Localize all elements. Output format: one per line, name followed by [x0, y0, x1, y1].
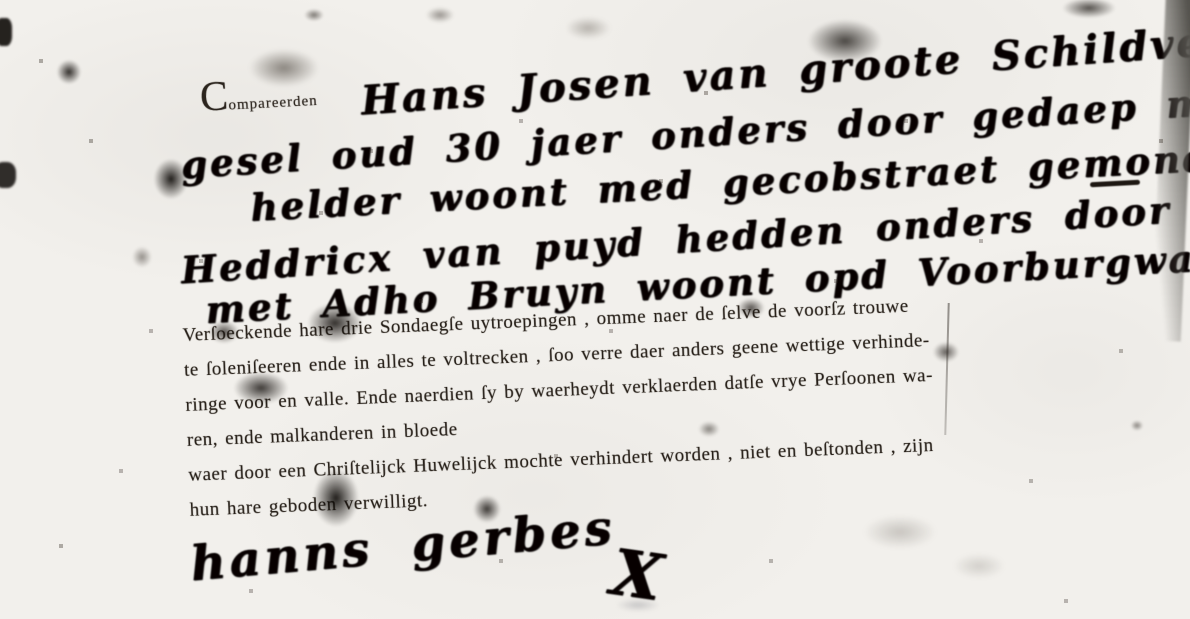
ink-blot [128, 242, 156, 272]
ink-blot [0, 162, 16, 188]
ink-blot [52, 55, 86, 89]
printed-opening-word: Compareerden [199, 71, 318, 119]
ink-blot [420, 4, 460, 26]
opening-drop-cap: C [199, 74, 229, 121]
ink-blot [1052, 0, 1126, 22]
ink-smudge [942, 548, 1016, 584]
printed-paragraph: Verſoeckende hare drie Sondaegſe uytroep… [182, 280, 1140, 528]
paper-specks [0, 0, 2, 2]
x-mark: X [607, 535, 667, 616]
ink-smudge [848, 508, 952, 556]
ink-blot [300, 6, 328, 24]
ink-blot [0, 18, 12, 46]
scanned-marriage-banns-record: Compareerden Hans Josen van groote Schil… [0, 0, 1190, 619]
ink-smudge [556, 12, 620, 44]
